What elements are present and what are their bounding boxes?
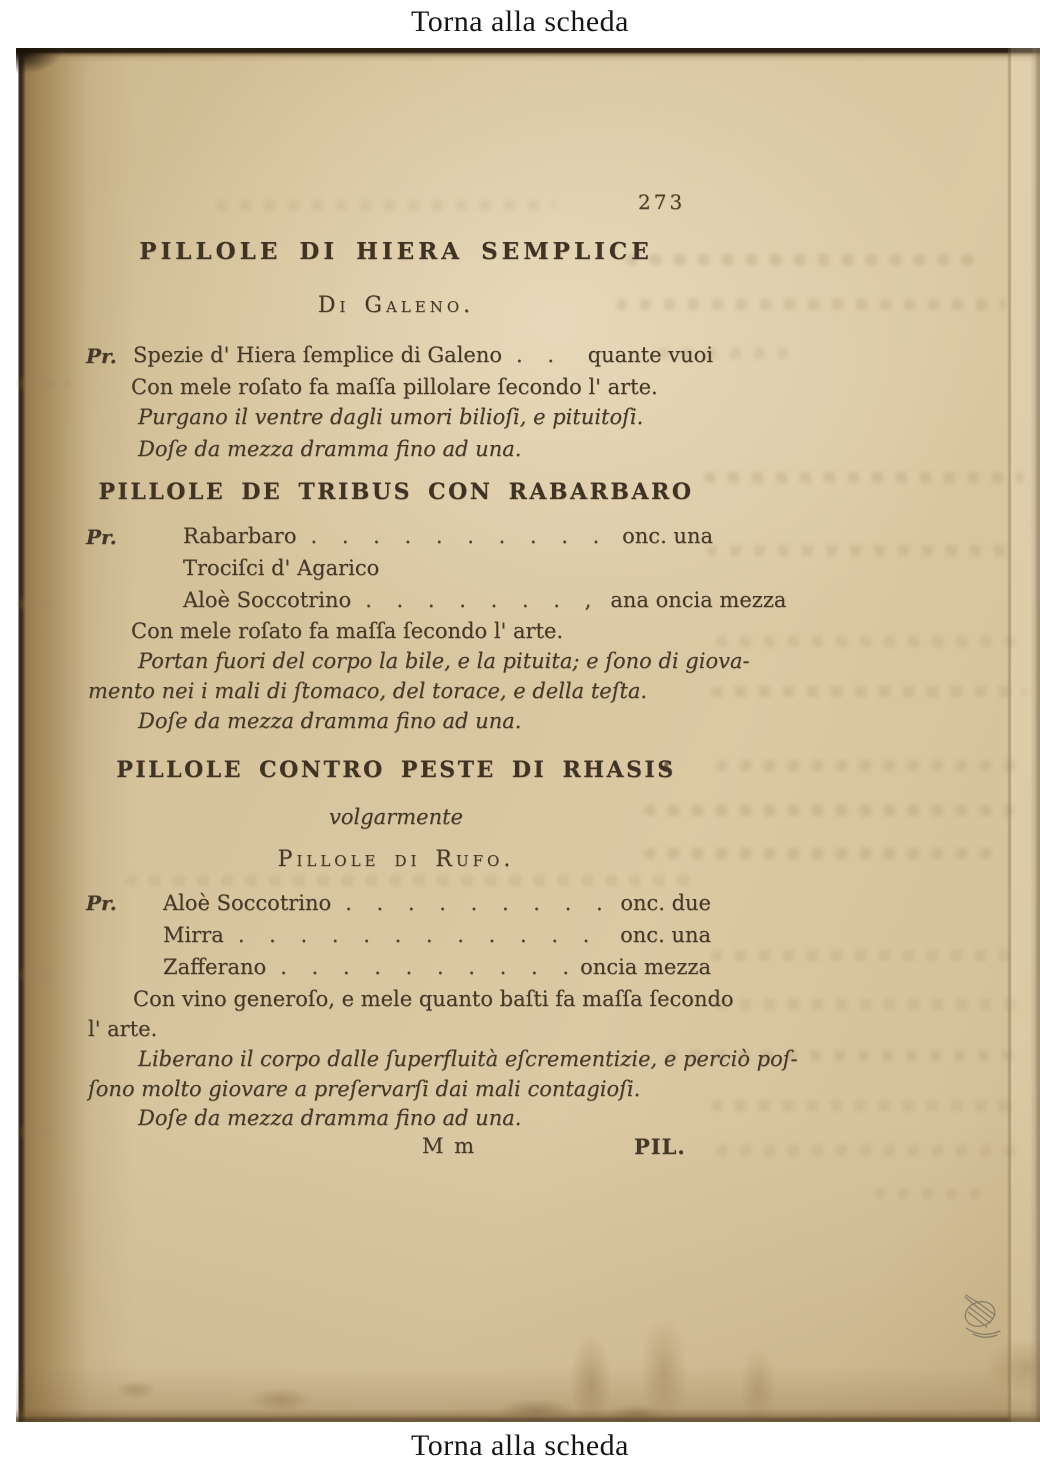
making-line: Con mele roſato fa maſſa pillolare ſecon… [131, 375, 658, 399]
dark-corner [16, 48, 106, 98]
ingredient-name: Trociſci d' Agarico [183, 556, 379, 580]
dose-line: Doſe da mezza dramma fino ad una. [138, 709, 521, 733]
ingredient-quantity: ana oncia mezza [610, 588, 786, 612]
dot-leader: . . . . . . . , [365, 588, 600, 612]
effect-line: mento nei i mali di ſtomaco, del torace,… [88, 679, 647, 703]
scanned-page-image: 273 PILLOLE DI HIERA SEMPLICE Di Galeno.… [16, 48, 1040, 1422]
section-heading-hiera: PILLOLE DI HIERA SEMPLICE [76, 238, 716, 265]
bleedthrough-smudge [874, 1188, 986, 1199]
section-subheading-rufo: Pillole di Rufo. [76, 847, 716, 872]
recipe-line: Aloè Soccotrino . . . . . . . , ana onci… [183, 588, 713, 612]
page-number: 273 [638, 190, 685, 214]
bleedthrough-smudge [704, 472, 1024, 483]
dot-leader: . . . . . . . . . . . . . . . . . . . . … [238, 923, 610, 947]
recipe-line: Aloè Soccotrino . . . . . . . . . . . . … [163, 891, 711, 915]
section-subheading-galeno: Di Galeno. [76, 293, 716, 318]
pr-marker: Pr. [86, 344, 117, 368]
ingredient-quantity: onc. una [622, 524, 713, 548]
effect-line: Liberano il corpo dalle ſuperfluità eſcr… [138, 1047, 798, 1071]
making-line: l' arte. [88, 1017, 157, 1041]
bleedthrough-smudge [711, 1100, 1021, 1111]
section-subheading-volgarmente: volgarmente [76, 805, 716, 829]
bleedthrough-smudge [706, 545, 1016, 556]
page-bottom-edge [16, 1408, 1040, 1422]
ingredient-name: Mirra [163, 923, 224, 947]
pr-marker: Pr. [86, 891, 117, 915]
back-to-record-link-top[interactable]: Torna alla scheda [0, 5, 1040, 39]
bleedthrough-smudge [716, 636, 1024, 647]
bleedthrough-smudge [18, 598, 66, 609]
pencil-doodle [953, 1283, 1005, 1345]
bleedthrough-smudge [711, 950, 1023, 961]
section-heading-tribus: PILLOLE DE TRIBUS CON RABARBARO [76, 479, 716, 505]
bleedthrough-smudge [216, 200, 556, 211]
bleedthrough-smudge [18, 378, 70, 389]
bleedthrough-smudge [126, 875, 696, 886]
back-to-record-link-bottom[interactable]: Torna alla scheda [0, 1429, 1040, 1463]
page-edge-strip [1011, 48, 1040, 1422]
recipe-line: Mirra . . . . . . . . . . . . . . . . . … [163, 923, 711, 947]
bleedthrough-smudge [716, 999, 1016, 1010]
dose-line: Doſe da mezza dramma fino ad una. [138, 1106, 521, 1130]
pr-marker: Pr. [86, 525, 117, 549]
dot-leader: . . . . . . . . . . . . . . . . . . . . … [310, 524, 612, 548]
effect-line: ſono molto giovare a preſervarſi dai mal… [88, 1077, 640, 1101]
bleedthrough-smudge [18, 970, 62, 981]
ingredient-name: Aloè Soccotrino [163, 891, 331, 915]
ingredient-quantity: quante vuoi [588, 343, 713, 367]
ingredient-quantity: onc. una [620, 923, 711, 947]
signature-mark: M m [422, 1134, 476, 1158]
ingredient-quantity: onc. due [620, 891, 711, 915]
ingredient-name: Spezie d' Hiera ſemplice di Galeno [133, 343, 502, 367]
ingredient-name: Zafferano [163, 955, 266, 979]
effect-line: Portan fuori del corpo la bile, e la pit… [138, 649, 750, 673]
ingredient-quantity: oncia mezza [580, 955, 711, 979]
making-line: Con mele roſato fa maſſa ſecondo l' arte… [131, 619, 563, 643]
effect-line: Purgano il ventre dagli umori bilioſi, e… [138, 405, 643, 429]
ingredient-name: Aloè Soccotrino [183, 588, 351, 612]
paper-stains [16, 1272, 1040, 1422]
ingredient-name: Rabarbaro [183, 524, 296, 548]
dose-line: Doſe da mezza dramma fino ad una. [138, 437, 521, 461]
recipe-line: Spezie d' Hiera ſemplice di Galeno . . .… [133, 343, 713, 367]
page-top-edge [16, 48, 1040, 62]
bleedthrough-smudge [716, 1145, 1022, 1156]
bleedthrough-smudge [711, 686, 1026, 697]
making-line: Con vino generoſo, e mele quanto baſti f… [133, 987, 734, 1011]
dot-leader: . . . . . . . . . . . . . . . . . . . . … [516, 343, 578, 367]
bleedthrough-smudge [18, 1126, 62, 1137]
dot-leader: . . . . . . . . . . . . . . . . . . . . … [345, 891, 610, 915]
recipe-line: Rabarbaro . . . . . . . . . . . . . . . … [183, 524, 713, 548]
catchword: PIL. [634, 1134, 686, 1159]
dot-leader: . . . . . . . . . . . . . . . . . . . . … [280, 955, 570, 979]
section-heading-rhasis: PILLOLE CONTRO PESTE DI RHASIS [76, 757, 716, 783]
recipe-line: Zafferano . . . . . . . . . . . . . . . … [163, 955, 711, 979]
bleedthrough-smudge [716, 760, 1024, 771]
